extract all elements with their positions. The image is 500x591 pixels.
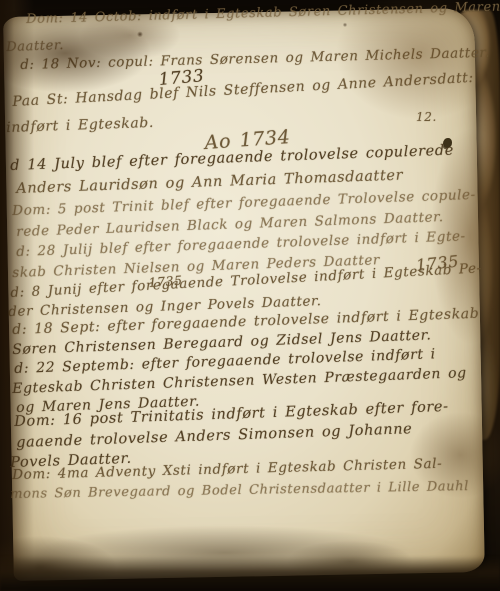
manuscript-photo: Dom: 14 Octob: indført i Egteskab Søren … xyxy=(0,0,500,591)
entry-line: mons Søn Brevegaard og Bodel Christensda… xyxy=(10,479,469,502)
handwriting-layer: Dom: 14 Octob: indført i Egteskab Søren … xyxy=(0,0,500,591)
entry-line: Paa St: Hansdag blef Nils Steffensen og … xyxy=(12,70,474,110)
page-number: 12. xyxy=(416,110,437,124)
entry-line: Daatter. xyxy=(6,38,64,55)
entry-line: d: 18 Nov: copul: Frans Sørensen og Mare… xyxy=(20,45,490,73)
bottom-smudge xyxy=(0,556,500,591)
entry-line: indført i Egteskab. xyxy=(6,115,154,136)
entry-line: Dom: 14 Octob: indført i Egteskab Søren … xyxy=(26,0,500,27)
